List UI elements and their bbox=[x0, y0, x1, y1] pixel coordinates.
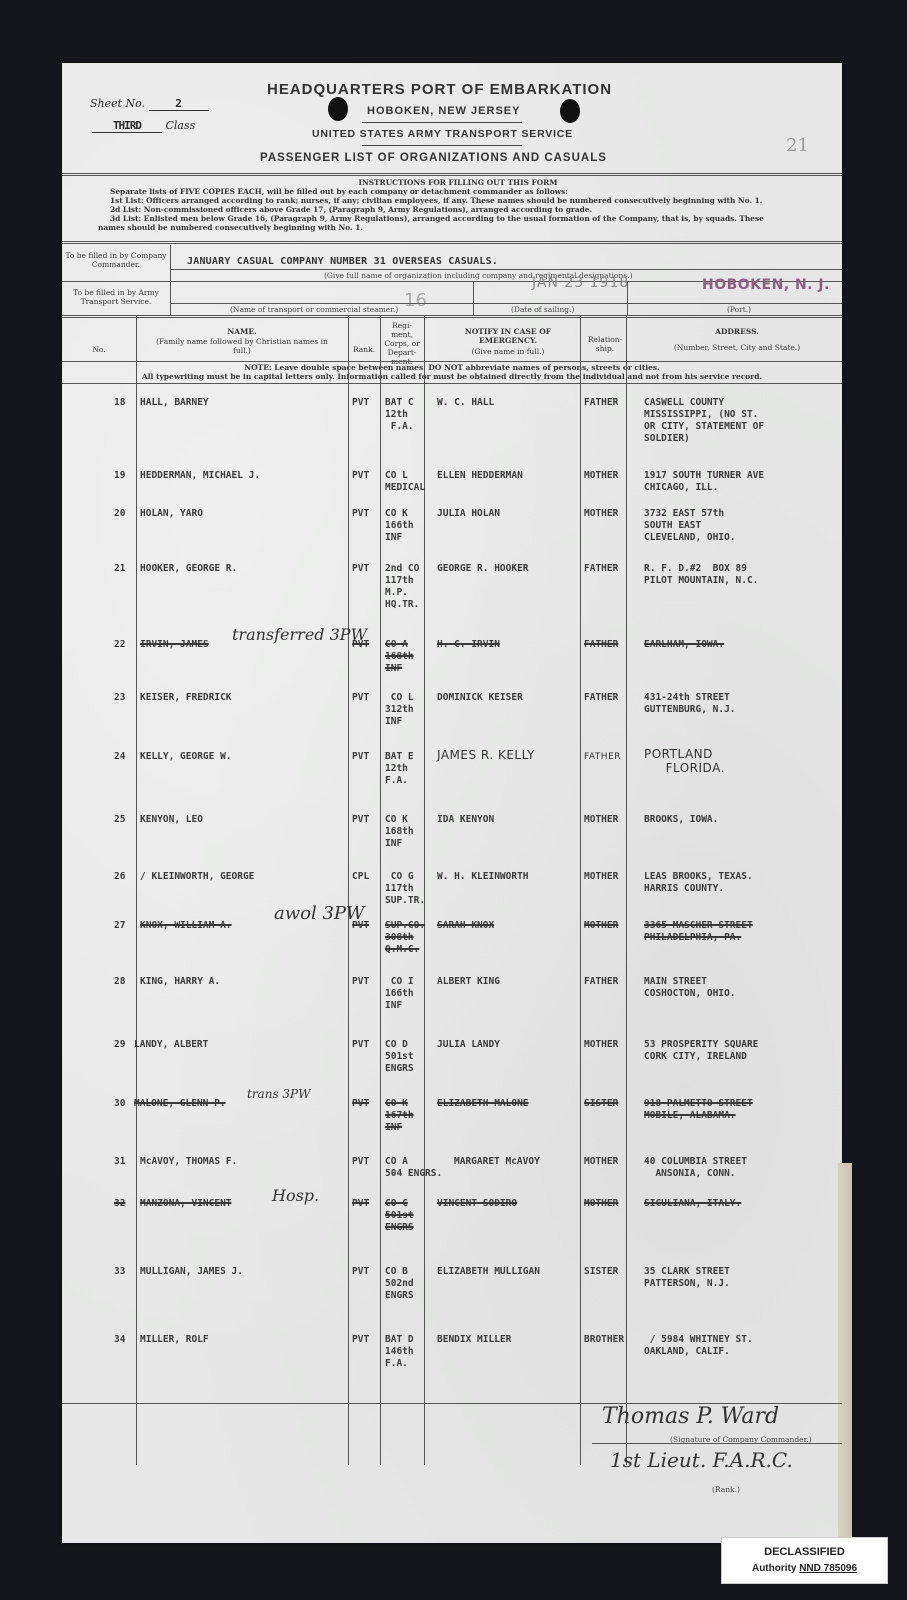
page-number: 21 bbox=[786, 135, 809, 156]
divider bbox=[627, 281, 628, 315]
entry-name: MILLER, ROLF bbox=[140, 1334, 209, 1346]
entry-notify: H. C. IRVIN bbox=[437, 639, 500, 651]
entry-address: LEAS BROOKS, TEXAS. HARRIS COUNTY. bbox=[644, 871, 753, 895]
declassified-stamp: DECLASSIFIED Authority NND 785096 bbox=[721, 1537, 888, 1584]
entry-relationship: MOTHER bbox=[584, 814, 618, 826]
entry-address: 40 COLUMBIA STREET ANSONIA, CONN. bbox=[644, 1156, 747, 1180]
instructions-line: 3d List: Enlisted men below Grade 16, (P… bbox=[98, 214, 818, 223]
entry-rank: PVT bbox=[352, 692, 369, 704]
column-header-regiment: Regi-ment, Corps, or Depart-ment. bbox=[382, 321, 422, 366]
entry-name: HEDDERMAN, MICHAEL J. bbox=[140, 470, 260, 482]
entry-unit: CO L 312th INF bbox=[385, 692, 414, 728]
instructions-block: INSTRUCTIONS FOR FILLING OUT THIS FORM S… bbox=[98, 178, 818, 232]
entry-rank: PVT bbox=[352, 751, 369, 763]
entry-relationship: MOTHER bbox=[584, 1198, 618, 1210]
authority-label: Authority bbox=[752, 1563, 796, 1574]
divider bbox=[592, 1443, 842, 1444]
entry-notify: W. C. HALL bbox=[437, 397, 494, 409]
rank-caption: (Rank.) bbox=[712, 1485, 740, 1494]
entry-address: 53 PROSPERITY SQUARE CORK CITY, IRELAND bbox=[644, 1039, 758, 1063]
divider bbox=[62, 241, 842, 244]
entry-relationship: FATHER bbox=[584, 976, 618, 988]
column-rule bbox=[580, 315, 581, 1465]
form-title: PASSENGER LIST OF ORGANIZATIONS AND CASU… bbox=[260, 152, 607, 164]
entry-number: 27 bbox=[114, 920, 125, 932]
entry-notify-handwritten: JAMES R. KELLY bbox=[437, 749, 535, 761]
service-title: UNITED STATES ARMY TRANSPORT SERVICE bbox=[312, 128, 573, 140]
entry-unit: CO K 167th INF bbox=[385, 1098, 414, 1134]
entry-unit: CO L MEDICAL bbox=[385, 470, 425, 494]
entry-address: / 5984 WHITNEY ST. OAKLAND, CALIF. bbox=[644, 1334, 753, 1358]
declassified-label: DECLASSIFIED bbox=[722, 1546, 887, 1558]
entry-unit: CO B 502nd ENGRS bbox=[385, 1266, 414, 1302]
entry-rank: PVT bbox=[352, 1266, 369, 1278]
column-header-address-sub: (Number, Street, City and State.) bbox=[632, 343, 842, 352]
column-rule bbox=[626, 315, 627, 1465]
entry-address: EARLHAM, IOWA. bbox=[644, 639, 724, 651]
entry-address: SICULIANA, ITALY. bbox=[644, 1198, 741, 1210]
entry-unit: CO K 168th INF bbox=[385, 814, 414, 850]
entry-notify: MARGARET McAVOY bbox=[454, 1156, 540, 1168]
handwritten-annotation: transferred 3PW bbox=[232, 629, 367, 641]
steamer-number: 16 bbox=[404, 290, 427, 311]
column-header-rank: Rank. bbox=[348, 345, 380, 354]
handwritten-annotation: awol 3PW bbox=[274, 908, 365, 920]
entry-name: IRVIN, JAMES bbox=[140, 639, 209, 651]
entry-name: KELLY, GEORGE W. bbox=[140, 751, 232, 763]
entry-notify: IDA KENYON bbox=[437, 814, 494, 826]
authority-number: NND 785096 bbox=[799, 1563, 857, 1574]
entry-relationship: MOTHER bbox=[584, 1156, 618, 1168]
column-rule bbox=[380, 315, 381, 1465]
entry-address: BROOKS, IOWA. bbox=[644, 814, 718, 826]
steamer-caption: (Name of transport or commercial steamer… bbox=[230, 305, 398, 314]
entry-name: KING, HARRY A. bbox=[140, 976, 220, 988]
entry-relationship: FATHER bbox=[584, 639, 618, 651]
entry-relationship: FATHER bbox=[584, 563, 618, 575]
entry-rank: PVT bbox=[352, 1334, 369, 1346]
column-header-no: No. bbox=[62, 345, 136, 354]
instructions-title: INSTRUCTIONS FOR FILLING OUT THIS FORM bbox=[98, 178, 818, 187]
entry-notify: ELIZABETH MALONE bbox=[437, 1098, 529, 1110]
entry-number: 20 bbox=[114, 508, 125, 520]
entry-name: KNOX, WILLIAM A. bbox=[140, 920, 232, 932]
sailing-date-stamp: JAN 23 1918 bbox=[532, 275, 629, 291]
entry-address: 1917 SOUTH TURNER AVE CHICAGO, ILL. bbox=[644, 470, 764, 494]
entry-rank: CPL bbox=[352, 871, 369, 883]
sailing-date-caption: (Date of sailing.) bbox=[511, 305, 574, 314]
entry-rank: PVT bbox=[352, 470, 369, 482]
entry-relationship: SISTER bbox=[584, 1266, 618, 1278]
entry-rank: PVT bbox=[352, 639, 369, 651]
company-commander-label: To be filled in by Company Commander. bbox=[62, 251, 170, 269]
entry-number: 29 bbox=[114, 1039, 125, 1051]
column-header-address: ADDRESS. bbox=[632, 327, 842, 336]
instructions-line: Separate lists of FIVE COPIES EACH, will… bbox=[98, 187, 818, 196]
entry-unit: CO A 168th INF bbox=[385, 639, 414, 675]
entry-notify: JULIA HOLAN bbox=[437, 508, 500, 520]
entry-rank: PVT bbox=[352, 563, 369, 575]
organization-name: JANUARY CASUAL COMPANY NUMBER 31 OVERSEA… bbox=[187, 256, 498, 267]
entry-relationship: MOTHER bbox=[584, 470, 618, 482]
entry-rank: PVT bbox=[352, 814, 369, 826]
entry-relationship: MOTHER bbox=[584, 508, 618, 520]
instructions-line: 2d List: Non-commissioned officers above… bbox=[98, 205, 818, 214]
entry-notify: W. H. KLEINWORTH bbox=[437, 871, 529, 883]
entry-notify: VINCENT SODIRO bbox=[437, 1198, 517, 1210]
entry-address-handwritten: PORTLAND FLORIDA. bbox=[644, 747, 725, 775]
entry-number: 26 bbox=[114, 871, 125, 883]
instructions-line: names should be numbered consecutively b… bbox=[98, 223, 818, 232]
entry-number: 28 bbox=[114, 976, 125, 988]
entry-name: HOLAN, YARO bbox=[140, 508, 203, 520]
entry-notify: ELIZABETH MULLIGAN bbox=[437, 1266, 540, 1278]
handwritten-annotation: Hosp. bbox=[272, 1190, 319, 1202]
port-caption: (Port.) bbox=[727, 305, 751, 314]
entry-number: 34 bbox=[114, 1334, 125, 1346]
entry-address: 3732 EAST 57th SOUTH EAST CLEVELAND, OHI… bbox=[644, 508, 736, 544]
entry-rank: PVT bbox=[352, 1039, 369, 1051]
column-header-name-sub: (Family name followed by Christian names… bbox=[154, 337, 330, 355]
column-header-name: NAME. bbox=[136, 327, 348, 336]
entry-relationship: MOTHER bbox=[584, 871, 618, 883]
entry-relationship: FATHER bbox=[584, 692, 618, 704]
entry-rank: PVT bbox=[352, 920, 369, 932]
entry-number: 19 bbox=[114, 470, 125, 482]
commander-signature: Thomas P. Ward bbox=[602, 1404, 779, 1429]
entry-relationship-handwritten: FATHER bbox=[584, 751, 621, 763]
class-label: Class bbox=[166, 119, 196, 132]
entry-number: 24 bbox=[114, 751, 125, 763]
entry-notify: GEORGE R. HOOKER bbox=[437, 563, 529, 575]
entry-relationship: BROTHER bbox=[584, 1334, 624, 1346]
entry-number: 32 bbox=[114, 1198, 125, 1210]
commander-rank-handwritten: 1st Lieut. F.A.R.C. bbox=[610, 1448, 793, 1472]
entry-notify: ALBERT KING bbox=[437, 976, 500, 988]
entry-address: CASWELL COUNTY MISSISSIPPI, (NO ST. OR C… bbox=[644, 397, 764, 445]
entry-rank: PVT bbox=[352, 397, 369, 409]
sheet-number-value: 2 bbox=[149, 97, 209, 111]
entry-notify: ELLEN HEDDERMAN bbox=[437, 470, 523, 482]
entry-address: 3365 MASCHER STREET PHILADELPHIA, PA. bbox=[644, 920, 753, 944]
entry-name: KEISER, FREDRICK bbox=[140, 692, 232, 704]
divider bbox=[170, 245, 171, 315]
entry-notify: JULIA LANDY bbox=[437, 1039, 500, 1051]
sheet-number: Sheet No. 2 bbox=[90, 97, 209, 111]
entry-rank: PVT bbox=[352, 1198, 369, 1210]
entry-name: HALL, BARNEY bbox=[140, 397, 209, 409]
entry-rank: PVT bbox=[352, 976, 369, 988]
entry-number: 18 bbox=[114, 397, 125, 409]
entry-number: 23 bbox=[114, 692, 125, 704]
paper-torn-edge bbox=[838, 1163, 852, 1543]
entry-number: 30 bbox=[114, 1098, 125, 1110]
location-subtitle: HOBOKEN, NEW JERSEY bbox=[367, 105, 520, 117]
entry-address: 35 CLARK STREET PATTERSON, N.J. bbox=[644, 1266, 730, 1290]
entry-name: / KLEINWORTH, GEORGE bbox=[140, 871, 254, 883]
port-stamp: HOBOKEN, N. J. bbox=[702, 277, 830, 293]
entry-number: 25 bbox=[114, 814, 125, 826]
entry-address: 431-24th STREET GUTTENBURG, N.J. bbox=[644, 692, 736, 716]
entry-unit: CO A 504 ENGRS. bbox=[385, 1156, 442, 1180]
entry-number: 21 bbox=[114, 563, 125, 575]
authority-line: Authority NND 785096 bbox=[722, 1563, 887, 1574]
column-header-relationship: Relation-ship. bbox=[580, 335, 630, 353]
divider bbox=[62, 361, 842, 362]
entry-unit: BAT E 12th F.A. bbox=[385, 751, 414, 787]
entry-name: MULLIGAN, JAMES J. bbox=[140, 1266, 243, 1278]
entry-name: KENYON, LEO bbox=[140, 814, 203, 826]
entry-address: R. F. D.#2 BOX 89 PILOT MOUNTAIN, N.C. bbox=[644, 563, 758, 587]
entry-unit: BAT C 12th F.A. bbox=[385, 397, 414, 433]
entry-name: LANDY, ALBERT bbox=[134, 1039, 208, 1051]
entry-relationship: MOTHER bbox=[584, 920, 618, 932]
note-line: All typewriting must be in capital lette… bbox=[62, 372, 842, 381]
sheet-number-label: Sheet No. bbox=[90, 97, 145, 110]
column-header-notify-sub: (Give name in full.) bbox=[438, 347, 578, 356]
note-line: NOTE: Leave double space between names. … bbox=[62, 363, 842, 372]
entry-name: MALONE, GLENN P. bbox=[134, 1098, 226, 1110]
entry-unit: CO G 117th SUP.TR. bbox=[385, 871, 425, 907]
entry-relationship: FATHER bbox=[584, 397, 618, 409]
entry-unit: SUP.CO. 308th Q.M.C. bbox=[385, 920, 425, 956]
entry-address: MAIN STREET COSHOCTON, OHIO. bbox=[644, 976, 736, 1000]
entry-notify: BENDIX MILLER bbox=[437, 1334, 511, 1346]
entry-unit: CO K 166th INF bbox=[385, 508, 414, 544]
entry-unit: CO D 501st ENGRS bbox=[385, 1039, 414, 1075]
entry-name: HOOKER, GEORGE R. bbox=[140, 563, 237, 575]
divider bbox=[62, 315, 842, 318]
entry-unit: CO I 166th INF bbox=[385, 976, 414, 1012]
punch-hole-icon bbox=[560, 99, 580, 123]
entry-name: MANZONA, VINCENT bbox=[140, 1198, 232, 1210]
entry-notify: SARAH KNOX bbox=[437, 920, 494, 932]
entry-unit: BAT D 146th F.A. bbox=[385, 1334, 414, 1370]
entry-number: 33 bbox=[114, 1266, 125, 1278]
entry-notify: DOMINICK KEISER bbox=[437, 692, 523, 704]
entry-number: 31 bbox=[114, 1156, 125, 1168]
entry-name: McAVOY, THOMAS F. bbox=[140, 1156, 237, 1168]
entry-address: 918 PALMETTO STREET MOBILE, ALABAMA. bbox=[644, 1098, 753, 1122]
divider bbox=[473, 281, 474, 315]
class-field: THIRD Class bbox=[92, 119, 195, 133]
column-header-notify: NOTIFY IN CASE OF EMERGENCY. bbox=[438, 327, 578, 345]
punch-hole-icon bbox=[328, 97, 348, 121]
entry-number: 22 bbox=[114, 639, 125, 651]
handwritten-annotation: trans 3PW bbox=[247, 1088, 310, 1100]
column-rule bbox=[348, 315, 349, 1465]
divider bbox=[362, 122, 522, 123]
instructions-line: 1st List: Officers arranged according to… bbox=[98, 196, 818, 205]
column-rule bbox=[136, 315, 137, 1465]
divider bbox=[170, 303, 842, 304]
entry-rank: PVT bbox=[352, 1098, 369, 1110]
entry-rank: PVT bbox=[352, 1156, 369, 1168]
transport-service-label: To be filled in by Army Transport Servic… bbox=[62, 288, 170, 306]
entry-unit: CO C 501st ENGRS bbox=[385, 1198, 414, 1234]
class-value: THIRD bbox=[92, 119, 162, 133]
entry-relationship: SISTER bbox=[584, 1098, 618, 1110]
entry-relationship: MOTHER bbox=[584, 1039, 618, 1051]
divider bbox=[62, 383, 842, 384]
divider bbox=[170, 269, 842, 270]
passenger-list-document: Sheet No. 2 THIRD Class HEADQUARTERS POR… bbox=[62, 63, 842, 1543]
headquarters-title: HEADQUARTERS PORT OF EMBARKATION bbox=[267, 81, 612, 98]
entry-rank: PVT bbox=[352, 508, 369, 520]
divider bbox=[362, 145, 522, 146]
entry-unit: 2nd CO 117th M.P. HQ.TR. bbox=[385, 563, 419, 611]
divider bbox=[62, 173, 842, 176]
